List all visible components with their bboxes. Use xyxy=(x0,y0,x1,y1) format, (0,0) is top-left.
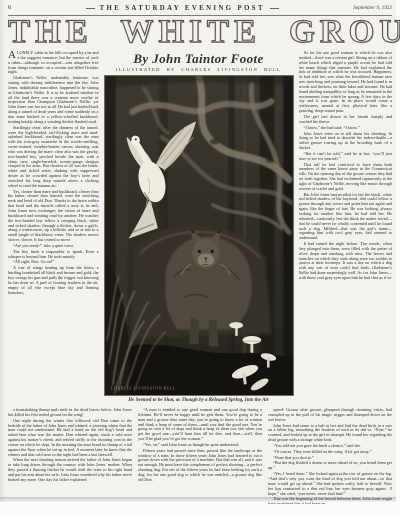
issue-date: September 9, 1922 xyxy=(353,5,392,11)
wildcat-eye-left xyxy=(198,250,201,253)
bottom-right-column: spired. Grouse after grouse, glimpsed th… xyxy=(268,408,392,504)
story-paragraph: “But it can’t be told,” said he at last;… xyxy=(299,152,393,162)
story-paragraph: As for the one good woman to which he wa… xyxy=(299,51,393,114)
right-column: As for the one good woman to which he wa… xyxy=(299,51,393,403)
white-grouse-illustration: CHARLES LIVINGSTON BULL xyxy=(105,76,293,395)
main-content: ALONELY cabin in the hills occupied by a… xyxy=(8,51,392,403)
masthead-wrap: THE SATURDAY EVENING POST xyxy=(86,5,279,12)
grouse-head xyxy=(130,136,139,146)
page-number: 6 xyxy=(8,4,11,11)
story-paragraph: Startlingly clear, after the dimness of … xyxy=(8,126,99,189)
drop-cap: A xyxy=(8,51,17,60)
left-column: ALONELY cabin in the hills occupied by a… xyxy=(8,51,99,403)
bottom-middle-column: “A man is entitled to one good woman and… xyxy=(138,408,262,504)
story-paragraph: Yes, clearer than mare and buckboard, cl… xyxy=(8,190,99,243)
masthead-rule-left xyxy=(86,8,95,9)
illustration-caption: He Seemed to be Shot, as Though by a Rel… xyxy=(104,398,294,403)
left-column-paragraphs: Gladstone’s Nellie, undeniably feminine,… xyxy=(8,76,99,295)
story-paragraph: John Jones had come to a halt at last an… xyxy=(268,424,392,443)
masthead-rule-right xyxy=(270,8,279,9)
story-paragraph: It had rained the night before. The wood… xyxy=(299,242,393,281)
story-paragraph: When the next shooting season arrived th… xyxy=(8,458,132,482)
story-paragraph: The boy finds it impossible to speak. Ev… xyxy=(8,250,99,260)
illustration: CHARLES LIVINGSTON BULL xyxy=(104,75,294,396)
illustrator-credit: ILLUSTRATED BY CHARLES LIVINGSTON BULL xyxy=(104,67,294,72)
story-paragraph: The girl had drawn in her breath sharply… xyxy=(299,115,393,125)
grouse-eye xyxy=(134,138,136,140)
story-paragraph: ALONELY cabin in the hills occupied by a… xyxy=(8,51,99,75)
story-paragraph: John Jones went on to tell about his sho… xyxy=(299,132,393,151)
story-paragraph: “Yes, I heard them.” She looked again at… xyxy=(268,472,392,496)
right-column-paragraphs: As for the one good woman to which he wa… xyxy=(299,51,393,281)
story-paragraph: That fall he had contrived to have them … xyxy=(299,163,393,192)
masthead: THE SATURDAY EVENING POST xyxy=(100,5,265,12)
magazine-page: 6 THE SATURDAY EVENING POST September 9,… xyxy=(0,0,400,514)
story-paragraph: spired. Grouse after grouse, glimpsed th… xyxy=(268,408,392,423)
story-paragraph: Fifteen years had passed since then, pas… xyxy=(138,449,262,483)
story-paragraph: That was the beginning of the breach bet… xyxy=(268,497,392,504)
bottom-section: a heartshaking thump and rustle in the d… xyxy=(8,408,392,504)
story-paragraph: “I know,” she had said; “I know.” xyxy=(299,126,393,131)
byline: By John Taintor Foote xyxy=(104,51,294,66)
opening-text: LONELY cabin in the hills occupied by a … xyxy=(8,51,99,74)
page-title: THE WHITE GROUSE xyxy=(8,17,392,48)
story-paragraph: “But the dog flushed a dozen or more ahe… xyxy=(268,461,392,471)
story-paragraph: “A man is entitled to one good woman and… xyxy=(138,408,262,442)
story-paragraph: One night during the winter that followe… xyxy=(8,419,132,458)
story-paragraph: A roar of wings beating up from the brie… xyxy=(8,266,99,295)
story-paragraph: a heartshaking thump and rustle in the d… xyxy=(8,408,132,418)
center-block: By John Taintor Foote ILLUSTRATED BY CHA… xyxy=(104,51,294,403)
running-head: 6 THE SATURDAY EVENING POST September 9,… xyxy=(8,4,392,14)
story-paragraph: “Of course. They were killed on the wing… xyxy=(268,450,392,455)
story-paragraph: But John Jones had recalled for her the … xyxy=(299,193,393,241)
artist-signature: CHARLES LIVINGSTON BULL xyxy=(110,386,175,391)
bottom-left-column: a heartshaking thump and rustle in the d… xyxy=(8,408,132,504)
story-paragraph: Gladstone’s Nellie, undeniably feminine,… xyxy=(8,76,99,124)
wildcat-eye-right xyxy=(210,250,213,253)
